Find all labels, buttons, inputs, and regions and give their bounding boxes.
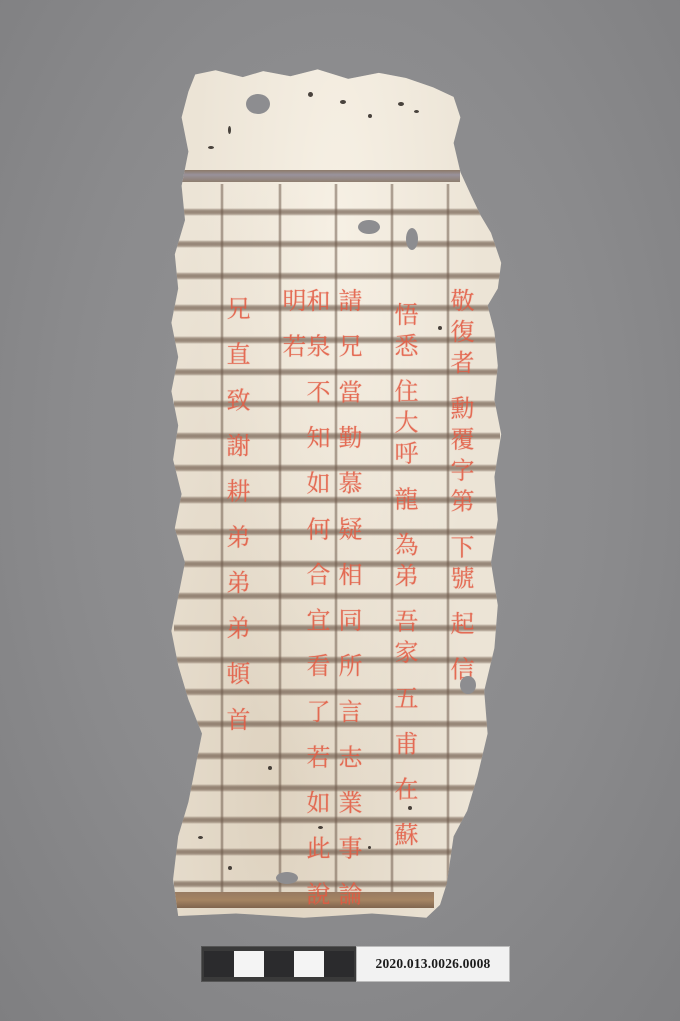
manuscript-sheet: 敬復者 勳覆字第 下號 起 信 悟悉 住大呼 龍 為弟 吾家 五 甫 在 蘇 請… bbox=[168, 66, 508, 922]
ink-spot bbox=[414, 110, 419, 113]
text-column-5: 兄 直 致 謝 耕 弟 弟 弟 頓 首 bbox=[224, 296, 248, 738]
ink-spot bbox=[368, 114, 372, 118]
ink-spot bbox=[308, 92, 313, 97]
top-border-band bbox=[180, 170, 460, 182]
ink-spot bbox=[438, 326, 442, 330]
ink-spot bbox=[340, 100, 346, 104]
scale-segment-light bbox=[234, 951, 264, 977]
ink-spot bbox=[228, 126, 231, 134]
ink-spot bbox=[208, 146, 214, 149]
text-column-3: 請 兄 當 勤 慕 疑 相 同 所 言 志 業 事 論 bbox=[336, 288, 360, 912]
ink-spot bbox=[318, 826, 323, 829]
paper-hole bbox=[276, 872, 298, 884]
paper-hole bbox=[246, 94, 270, 114]
scale-segment-dark bbox=[204, 951, 234, 977]
ink-spot bbox=[368, 846, 371, 849]
accession-number-label: 2020.013.0026.0008 bbox=[356, 946, 510, 982]
ink-spot bbox=[408, 806, 412, 810]
ink-spot bbox=[198, 836, 203, 839]
scale-segment-dark bbox=[264, 951, 294, 977]
paper-hole bbox=[460, 676, 476, 694]
text-column-1: 敬復者 勳覆字第 下號 起 信 bbox=[448, 288, 472, 688]
scale-segment-dark bbox=[324, 951, 354, 977]
text-column-2: 悟悉 住大呼 龍 為弟 吾家 五 甫 在 蘇 bbox=[392, 302, 416, 853]
ink-spot bbox=[398, 102, 404, 106]
paper-hole bbox=[406, 228, 418, 250]
grayscale-reference-bar bbox=[201, 946, 357, 982]
paper-hole bbox=[358, 220, 380, 234]
ink-spot bbox=[228, 866, 232, 870]
ink-spot bbox=[268, 766, 272, 770]
scale-segment-light bbox=[294, 951, 324, 977]
